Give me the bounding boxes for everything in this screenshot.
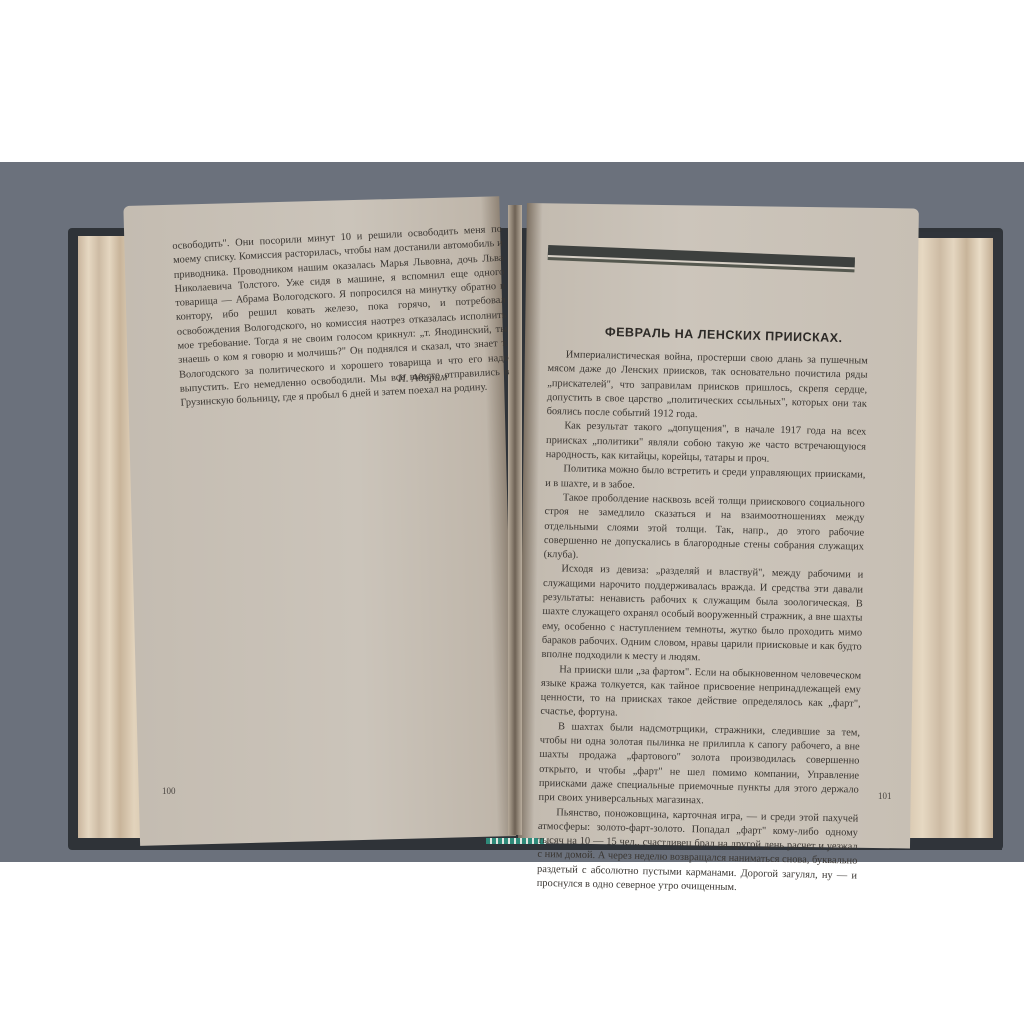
right-paragraph: Империалистическая война, простерши свою…: [547, 348, 868, 426]
right-page-body: Империалистическая война, простерши свою…: [537, 348, 868, 898]
right-paragraph: Пьянство, поножовщина, карточная игра, —…: [537, 805, 859, 897]
left-paragraph: освободить". Они посорили минут 10 и реш…: [172, 223, 511, 412]
right-paragraph: Как результат такого „допущения", в нача…: [546, 419, 867, 469]
right-paragraph: Такое проболдение насквозь всей толщи пр…: [544, 491, 865, 569]
right-paragraph: В шахтах были надсмотрщики, стражники, с…: [538, 720, 860, 812]
author-signature: И. Адирим: [398, 371, 448, 385]
book-gutter: [508, 205, 522, 835]
right-page-stack-edges: [905, 238, 993, 838]
right-page-number: 101: [878, 791, 892, 801]
right-paragraph: Исходя из девиза: „разделяй и властвуй",…: [541, 562, 863, 669]
left-page-body: освободить". Они посорили минут 10 и реш…: [172, 223, 511, 412]
left-page-number: 100: [162, 786, 176, 796]
right-paragraph: На прииски шли „за фартом". Если на обык…: [540, 662, 861, 726]
